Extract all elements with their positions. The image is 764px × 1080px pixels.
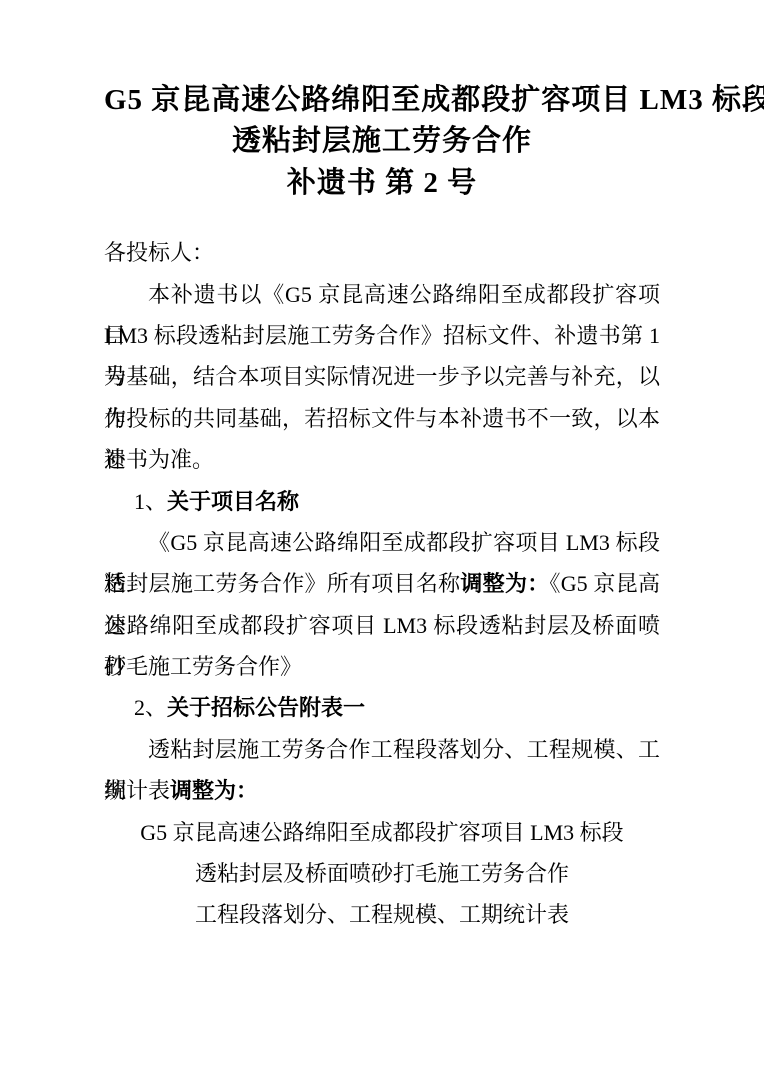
paragraph-1-line-5: 遗书为准。 [104,439,660,480]
paragraph-3-line-2: 统计表调整为： [104,770,660,811]
document-page: G5 京昆高速公路绵阳至成都段扩容项目 LM3 标段 透粘封层施工劳务合作 补遗… [0,0,764,1080]
annex-title-line-3: 工程段落划分、工程规模、工期统计表 [104,894,660,935]
section-1-title: 关于项目名称 [167,489,299,514]
document-title: G5 京昆高速公路绵阳至成都段扩容项目 LM3 标段 透粘封层施工劳务合作 补遗… [104,80,660,204]
adjusted-to-emphasis-2: 调整为： [170,778,258,803]
title-line-2: 透粘封层施工劳务合作 [104,121,660,162]
annex-title-line-1: G5 京昆高速公路绵阳至成都段扩容项目 LM3 标段 [104,812,660,853]
title-line-1: G5 京昆高速公路绵阳至成都段扩容项目 LM3 标段 [104,80,660,121]
paragraph-2-line-3: 公路绵阳至成都段扩容项目 LM3 标段透粘封层及桥面喷砂 [104,605,660,646]
section-1-number: 1、 [134,489,167,514]
paragraph-2-line-4: 打毛施工劳务合作》 [104,646,660,687]
title-line-3: 补遗书 第 2 号 [104,163,660,204]
annex-title-line-2: 透粘封层及桥面喷砂打毛施工劳务合作 [104,853,660,894]
section-heading-2: 2、关于招标公告附表一 [104,687,660,728]
paragraph-1-line-2: LM3 标段透粘封层施工劳务合作》招标文件、补遗书第 1 号 [104,315,660,356]
paragraph-3-line-2-text: 统计表 [104,778,170,803]
paragraph-2-line-1: 《G5 京昆高速公路绵阳至成都段扩容项目 LM3 标段透 [104,522,660,563]
paragraph-2-line-2-text: 粘封层施工劳务合作》所有项目名称 [104,571,460,596]
section-heading-1: 1、关于项目名称 [104,481,660,522]
paragraph-1-line-4: 为投标的共同基础，若招标文件与本补遗书不一致，以本补 [104,398,660,439]
section-2-number: 2、 [134,695,167,720]
adjusted-to-emphasis: 调整为： [460,571,549,596]
salutation: 各投标人： [104,232,660,273]
document-body: 各投标人： 本补遗书以《G5 京昆高速公路绵阳至成都段扩容项目 LM3 标段透粘… [104,232,660,936]
paragraph-1-line-1: 本补遗书以《G5 京昆高速公路绵阳至成都段扩容项目 [104,274,660,315]
paragraph-3-line-1: 透粘封层施工劳务合作工程段落划分、工程规模、工期 [104,729,660,770]
paragraph-1-line-3: 为基础，结合本项目实际情况进一步予以完善与补充，以作 [104,356,660,397]
section-2-title: 关于招标公告附表一 [167,695,365,720]
paragraph-2-line-2: 粘封层施工劳务合作》所有项目名称调整为：《G5 京昆高速 [104,563,660,604]
